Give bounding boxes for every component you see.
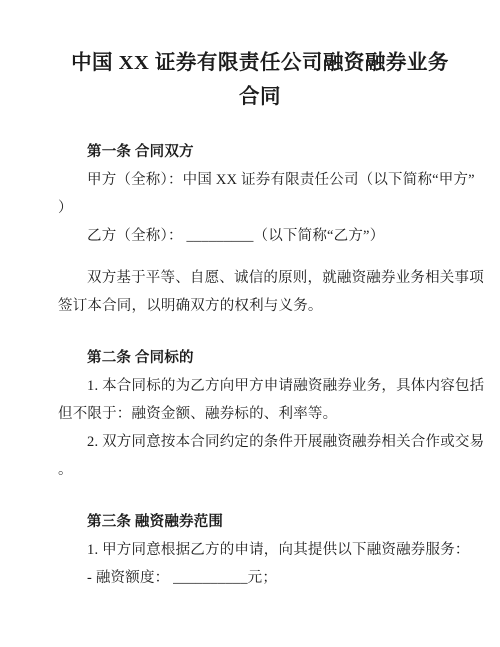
section-heading: 第一条 合同双方 [58,138,462,166]
body-line: 1. 甲方同意根据乙方的申请，向其提供以下融资融券服务： [58,536,462,564]
document-title-line-1: 中国 XX 证券有限责任公司融资融券业务 [58,46,462,80]
section-heading: 第二条 合同标的 [58,344,462,372]
section-heading: 第三条 融资融券范围 [58,508,462,536]
body-line: - 融资额度： __________元； [58,564,462,592]
document-body: 第一条 合同双方甲方（全称）：中国 XX 证券有限责任公司（以下简称“甲方”）乙… [58,138,462,592]
body-line: 甲方（全称）：中国 XX 证券有限责任公司（以下简称“甲方” [58,166,462,194]
body-line: 。 [58,456,462,484]
body-line: 双方基于平等、自愿、诚信的原则，就融资融券业务相关事项 [58,264,462,292]
body-line: 2. 双方同意按本合同约定的条件开展融资融券相关合作或交易 [58,428,462,456]
document-title-line-2: 合同 [58,80,462,114]
body-line: 1. 本合同标的为乙方向甲方申请融资融券业务，具体内容包括 [58,372,462,400]
body-line: 乙方（全称）： _________（以下简称“乙方”） [58,222,462,250]
document-title: 中国 XX 证券有限责任公司融资融券业务 合同 [58,46,462,114]
contract-document: 中国 XX 证券有限责任公司融资融券业务 合同 第一条 合同双方甲方（全称）：中… [0,0,500,647]
body-line: 签订本合同，以明确双方的权利与义务。 [58,292,462,320]
body-line: ） [58,194,462,222]
body-line: 但不限于：融资金额、融券标的、利率等。 [58,400,462,428]
